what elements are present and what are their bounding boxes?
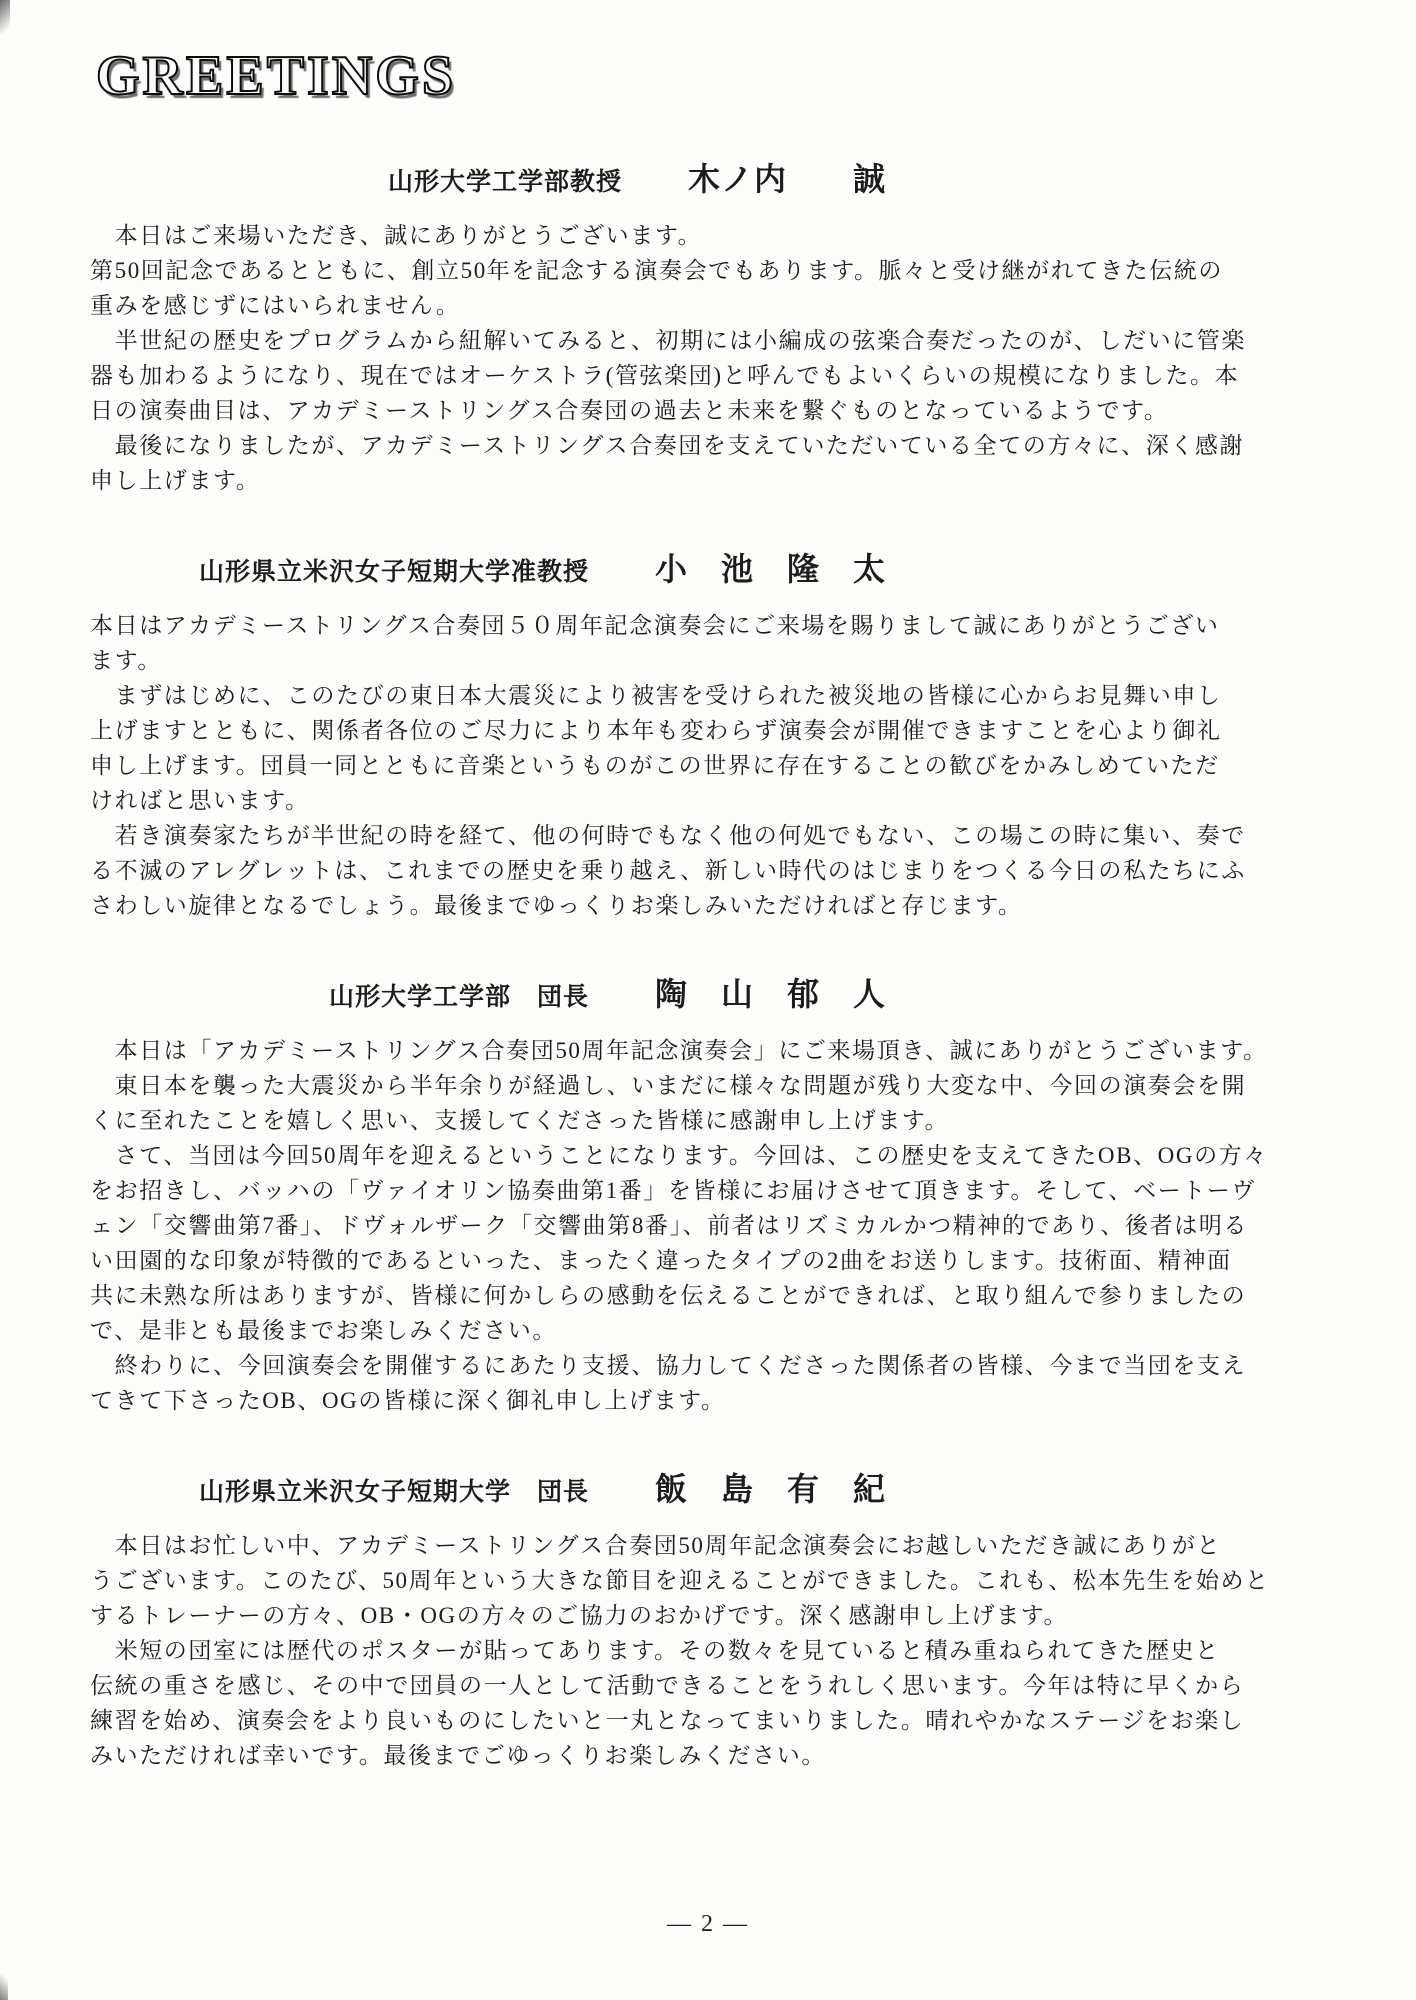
greeting-4-body: 本日はお忙しい中、アカデミーストリングス合奏団50周年記念演奏会にお越しいただき… (90, 1528, 1336, 1773)
greeting-1-author-name: 木ノ内 誠 (688, 154, 886, 200)
page-content: GREETINGS 山形大学工学部教授 木ノ内 誠 本日はご来場いただき、誠にあ… (0, 0, 1416, 1773)
greeting-2-header: 山形県立米沢女子短期大学准教授 小 池 隆 太 (90, 544, 1336, 590)
greeting-section-3: 山形大学工学部 団長 陶 山 郁 人 本日は「アカデミーストリングス合奏団50周… (90, 969, 1336, 1418)
greeting-3-affiliation: 山形大学工学部 団長 (329, 977, 589, 1013)
greeting-2-author-name: 小 池 隆 太 (655, 544, 886, 590)
greeting-2-body: 本日はアカデミーストリングス合奏団５０周年記念演奏会にご来場を賜りまして誠にあり… (90, 608, 1336, 923)
greeting-section-4: 山形県立米沢女子短期大学 団長 飯 島 有 紀 本日はお忙しい中、アカデミースト… (90, 1464, 1336, 1773)
greeting-3-body: 本日は「アカデミーストリングス合奏団50周年記念演奏会」にご来場頂き、誠にありが… (90, 1033, 1336, 1418)
greeting-section-2: 山形県立米沢女子短期大学准教授 小 池 隆 太 本日はアカデミーストリングス合奏… (90, 544, 1336, 923)
scan-artifact-bottom-left (0, 1974, 8, 2000)
page-title: GREETINGS (96, 46, 1336, 108)
greeting-3-header: 山形大学工学部 団長 陶 山 郁 人 (90, 969, 1336, 1015)
scan-artifact-top-left (0, 0, 10, 34)
scanned-program-page: GREETINGS 山形大学工学部教授 木ノ内 誠 本日はご来場いただき、誠にあ… (0, 0, 1416, 2000)
page-number: ― 2 ― (0, 1911, 1416, 1938)
greeting-2-affiliation: 山形県立米沢女子短期大学准教授 (199, 552, 589, 588)
greeting-1-header: 山形大学工学部教授 木ノ内 誠 (90, 154, 1336, 200)
greeting-3-author-name: 陶 山 郁 人 (655, 969, 886, 1015)
greeting-1-body: 本日はご来場いただき、誠にありがとうございます。 第50回記念であるとともに、創… (90, 218, 1336, 498)
greeting-1-affiliation: 山形大学工学部教授 (388, 162, 622, 198)
greeting-section-1: 山形大学工学部教授 木ノ内 誠 本日はご来場いただき、誠にありがとうございます。… (90, 154, 1336, 498)
greeting-4-author-name: 飯 島 有 紀 (655, 1464, 886, 1510)
greeting-4-affiliation: 山形県立米沢女子短期大学 団長 (199, 1472, 589, 1508)
greeting-4-header: 山形県立米沢女子短期大学 団長 飯 島 有 紀 (90, 1464, 1336, 1510)
